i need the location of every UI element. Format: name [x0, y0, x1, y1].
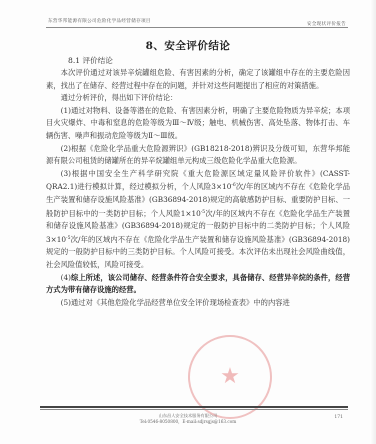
footer-divider-thin — [40, 409, 348, 410]
paragraph-5: (5)通过对《其他危险化学品经营单位安全评价现场检查表》中的内容进 — [46, 297, 350, 310]
footer-contact: Tel:0546-8050800，E-mail:sdjrsgjs@163.com — [0, 419, 376, 425]
paragraph-intro: 本次评价通过对该异辛烷罐组危险、有害因素的分析，确定了该罐组中存在的主要危险因素… — [46, 67, 350, 92]
body-text: 本次评价通过对该异辛烷罐组危险、有害因素的分析，确定了该罐组中存在的主要危险因素… — [46, 67, 350, 309]
header-divider — [46, 27, 348, 28]
document-page: 东营华邦能源有限公司危险化学品经营储存项目 安全现状评价报告 8、安全评价结论 … — [0, 0, 376, 444]
section-heading: 8.1 评价结论 — [68, 55, 113, 66]
paragraph-1: (1)通过对物料、设备等潜在的危险、有害因素分析，明确了主要危险物质为异辛烷；本… — [46, 105, 350, 143]
paragraph-3: (3)根据中国安全生产科学研究院《重大危险源区域定量风险评价软件》(CASST-… — [46, 168, 350, 272]
footer-divider-thick — [40, 406, 348, 408]
running-header-left: 东营华邦能源有限公司危险化学品经营储存项目 — [48, 18, 151, 24]
paragraph-4-conclusion: 综上所述，该公司储存、经营条件符合安全要求，具备储存、经营异辛烷的条件，经营方式… — [46, 273, 350, 295]
paragraph-4: (4)综上所述，该公司储存、经营条件符合安全要求，具备储存、经营异辛烷的条件，经… — [46, 272, 350, 297]
page-number: 171 — [334, 415, 343, 420]
paragraph-3-part-d: 次/年的区域内不存在《危险化学品生产装置和储存设施风险基准》(GB36894-2… — [46, 235, 350, 269]
page-edge-shadow — [370, 0, 376, 444]
star-icon: ★ — [220, 364, 240, 389]
paragraph-lead: 通过分析评价，得出如下评价结论： — [46, 92, 350, 105]
chapter-title: 8、安全评价结论 — [0, 38, 376, 53]
paragraph-2: (2)根据《危险化学品重大危险源辨识》(GB18218-2018)辨识及分级可知… — [46, 143, 350, 168]
paragraph-4-prefix: (4) — [61, 273, 71, 282]
